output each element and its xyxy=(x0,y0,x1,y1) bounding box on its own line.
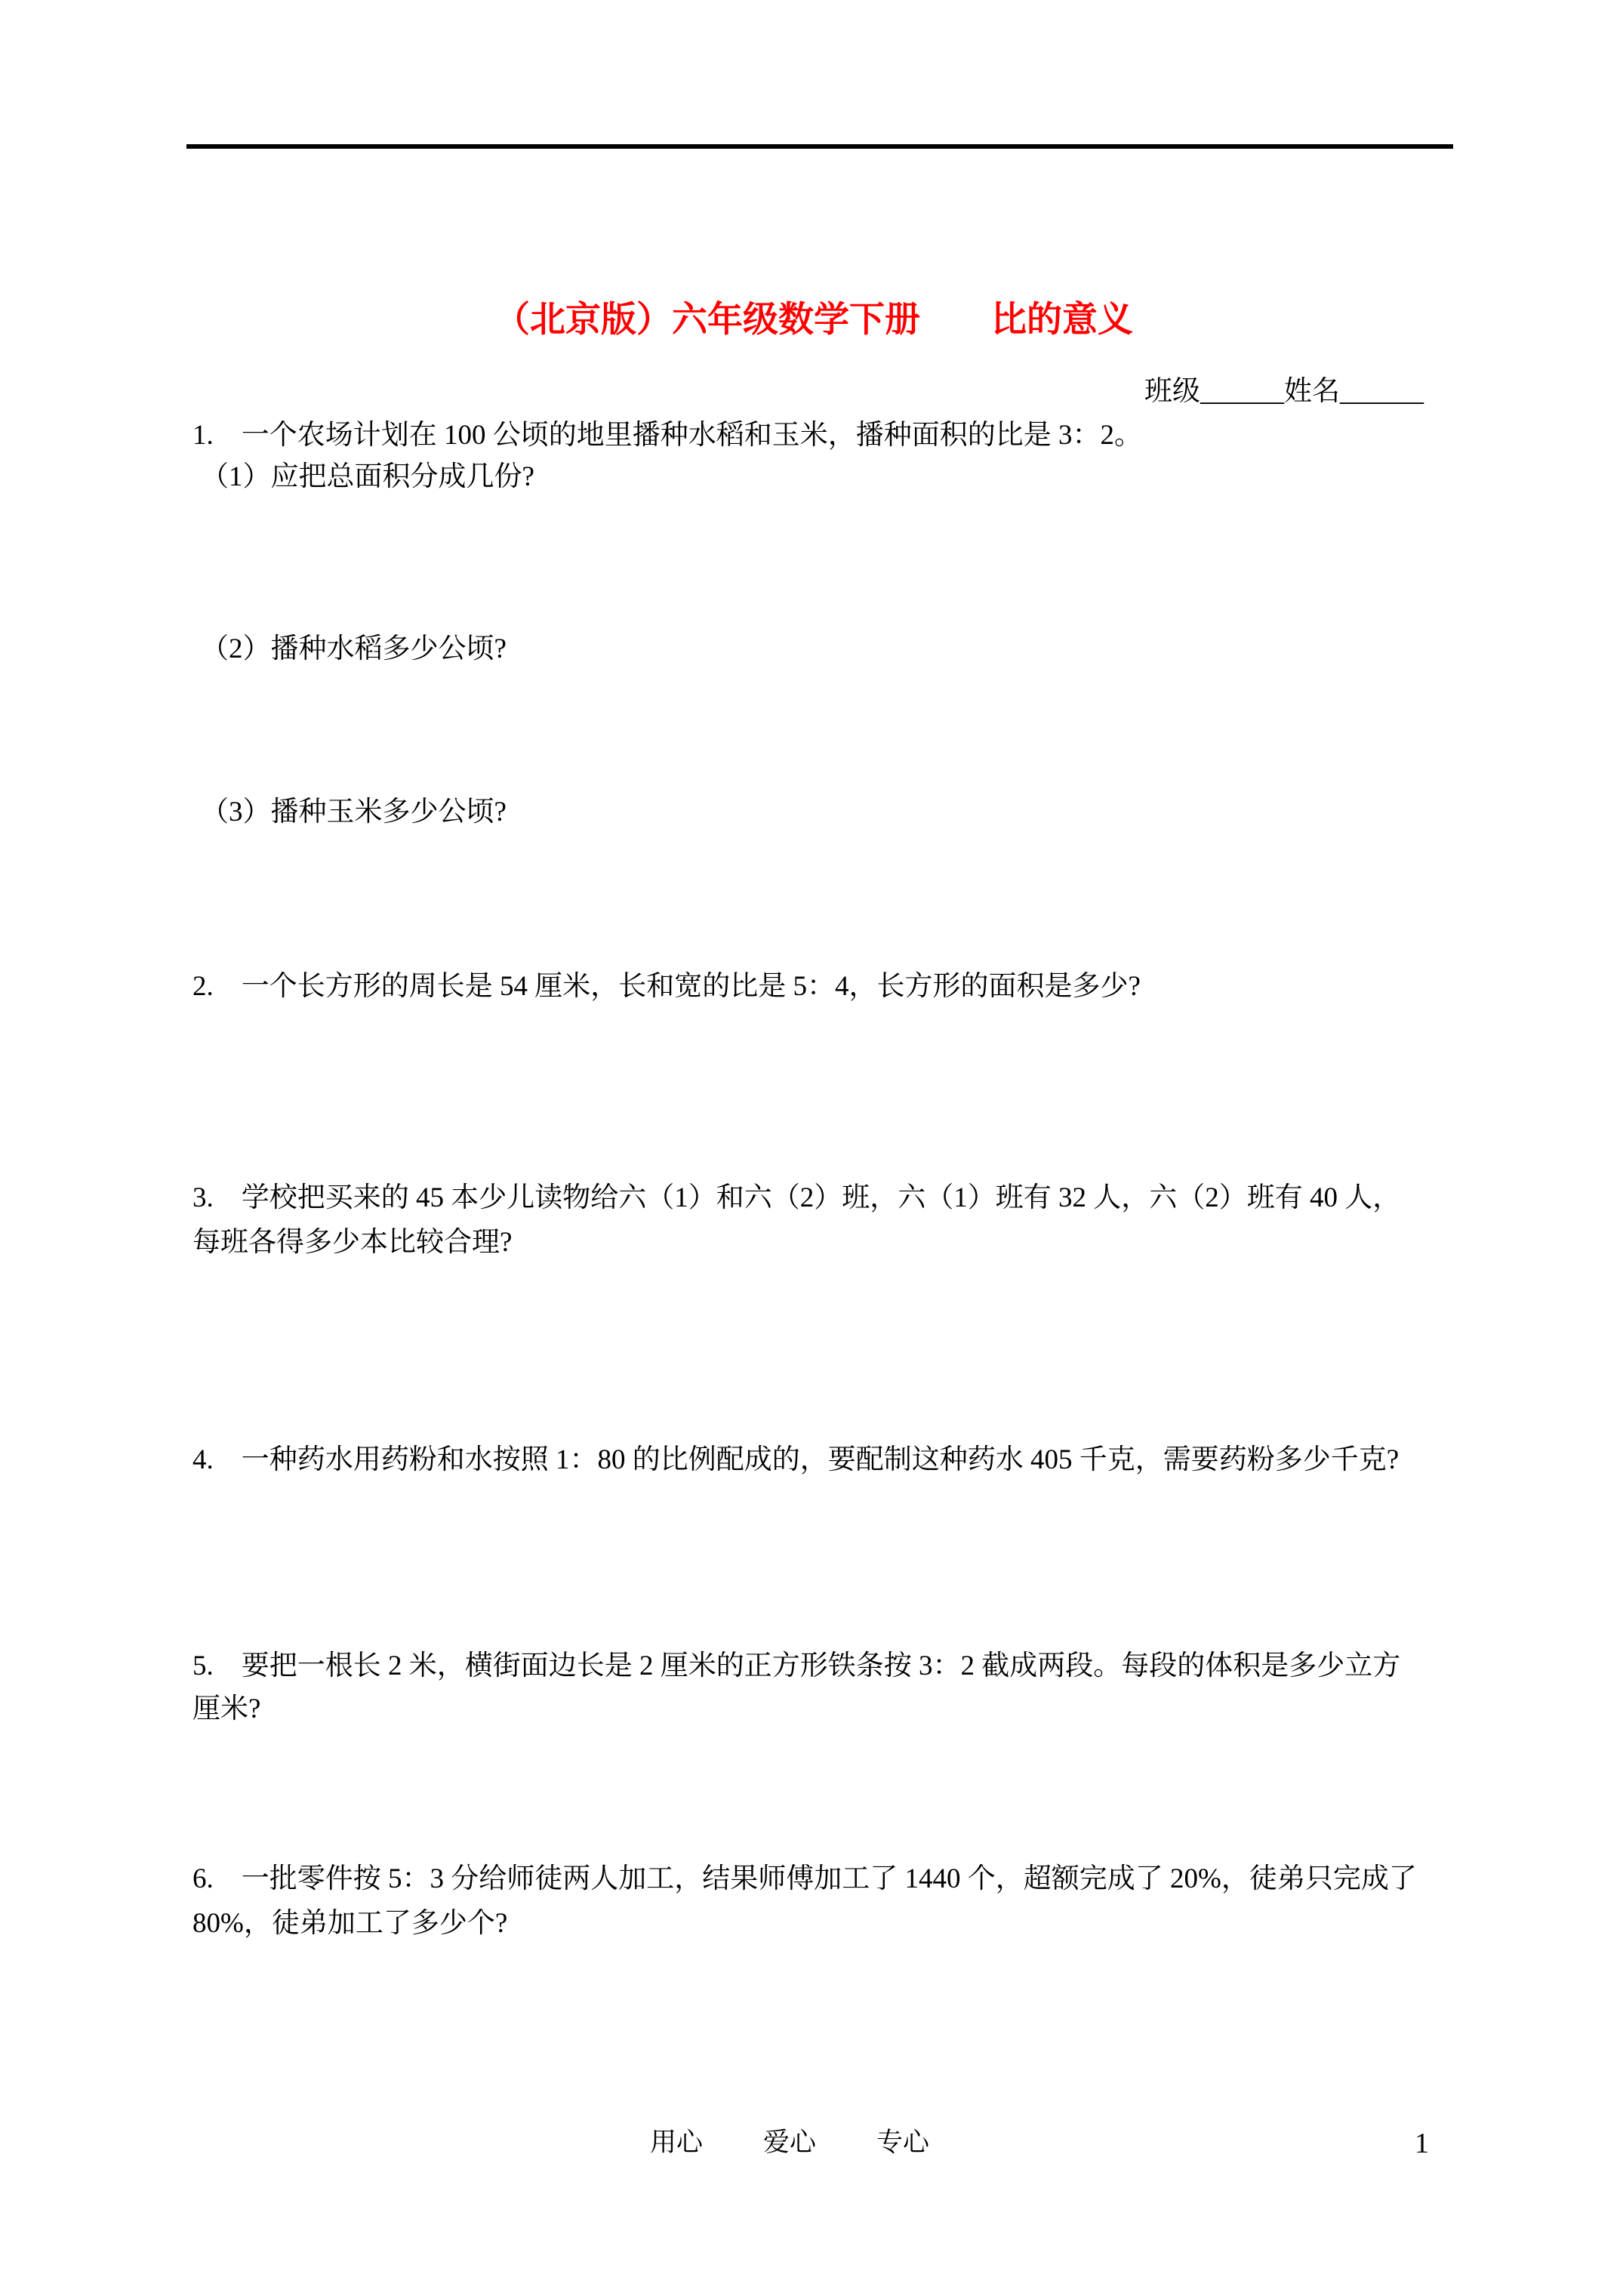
question-5-line-2: 厘米? xyxy=(192,1693,260,1726)
question-6-line-2: 80%，徒弟加工了多少个? xyxy=(192,1908,507,1940)
question-5-line-1: 5. 要把一根长 2 米，横街面边长是 2 厘米的正方形铁条按 3：2 截成两段… xyxy=(192,1650,1400,1683)
question-3-line-1: 3. 学校把买来的 45 本少儿读物给六（1）和六（2）班，六（1）班有 32 … xyxy=(192,1182,1400,1215)
question-2: 2. 一个长方形的周长是 54 厘米，长和宽的比是 5：4，长方形的面积是多少? xyxy=(192,971,1141,1003)
footer-motto-3: 专心 xyxy=(876,2128,929,2158)
page-title: （北京版）六年级数学下册 比的意义 xyxy=(494,301,1133,341)
class-name-blanks: 班级______姓名______ xyxy=(1144,376,1424,408)
footer-motto-1: 用心 xyxy=(650,2128,703,2158)
question-1: 1. 一个农场计划在 100 公顷的地里播种水稻和玉米，播种面积的比是 3：2。 xyxy=(192,420,1142,452)
footer-motto-2: 爱心 xyxy=(763,2128,816,2158)
worksheet-page: （北京版）六年级数学下册 比的意义 班级______姓名______ 1. 一个… xyxy=(0,0,1623,2296)
footer-mottos: 用心 爱心 专心 xyxy=(650,2128,929,2158)
question-1-sub-3: （3）播种玉米多少公顷? xyxy=(201,797,507,829)
question-1-sub-2: （2）播种水稻多少公顷? xyxy=(201,633,507,666)
question-4: 4. 一种药水用药粉和水按照 1：80 的比例配成的，要配制这种药水 405 千… xyxy=(192,1444,1399,1477)
question-1-sub-1: （1）应把总面积分成几份? xyxy=(201,461,534,494)
question-3-line-2: 每班各得多少本比较合理? xyxy=(192,1227,512,1259)
header-rule xyxy=(186,144,1453,149)
question-6-line-1: 6. 一批零件按 5：3 分给师徒两人加工，结果师傅加工了 1440 个，超额完… xyxy=(192,1863,1417,1896)
page-number: 1 xyxy=(1415,2128,1429,2161)
